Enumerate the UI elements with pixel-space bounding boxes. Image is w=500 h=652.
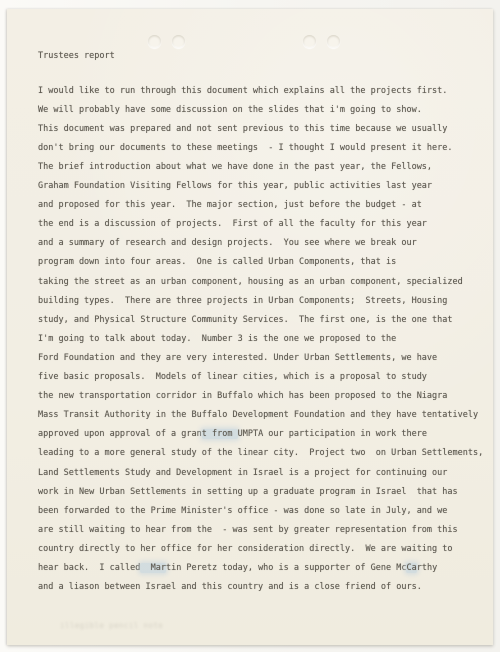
document-line: and a liason between Israel and this cou… [38, 582, 422, 593]
document-line: and proposed for this year. The major se… [38, 200, 422, 211]
document-line: The brief introduction about what we hav… [38, 162, 432, 173]
document-line: approved upon approval of a grant from U… [38, 429, 427, 440]
document-line: the new transportation corridor in Buffa… [38, 391, 447, 402]
document-line: and a summary of research and design pro… [38, 238, 417, 249]
document-line: This document was prepared and not sent … [38, 124, 447, 135]
correction-smudge: t from [202, 429, 238, 439]
document-line: work in New Urban Settlements in setting… [38, 487, 458, 498]
document-line: program down into four areas. One is cal… [38, 257, 396, 268]
document-line: Ford Foundation and they are very intere… [38, 353, 437, 364]
document-line: Graham Foundation Visiting Fellows for t… [38, 181, 432, 192]
document-line: don't bring our documents to these meeti… [38, 143, 453, 154]
document-line: Land Settlements Study and Development i… [38, 468, 447, 479]
document-line: building types. There are three projects… [38, 296, 447, 307]
document-line: the end is a discussion of projects. Fir… [38, 219, 427, 230]
document-line: leading to a more general study of the l… [38, 448, 483, 459]
document-line: We will probably have some discussion on… [38, 105, 422, 116]
document-line: taking the street as an urban component,… [38, 277, 463, 288]
document-line: study, and Physical Structure Community … [38, 315, 453, 326]
scanned-page-background: Trustees report I would like to run thro… [0, 0, 500, 652]
document-line: five basic proposals. Models of linear c… [38, 372, 427, 383]
document-line: I would like to run through this documen… [38, 86, 447, 97]
document-line: been forwarded to the Prime Minister's o… [38, 506, 447, 517]
document-line: are still waiting to hear from the - was… [38, 525, 458, 536]
document-title: Trustees report [38, 51, 115, 62]
document-line: Mass Transit Authority in the Buffalo De… [38, 410, 478, 421]
document-line: hear back. I called Martin Peretz today,… [38, 563, 437, 574]
correction-smudge: Ca [406, 563, 416, 573]
typed-text-layer: Trustees report I would like to run thro… [0, 0, 500, 652]
document-line: country directly to her office for her c… [38, 544, 453, 555]
faint-pencil-marking: illegible pencil note [60, 620, 163, 631]
correction-smudge: Mar [140, 563, 166, 573]
document-line: I'm going to talk about today. Number 3 … [38, 334, 396, 345]
